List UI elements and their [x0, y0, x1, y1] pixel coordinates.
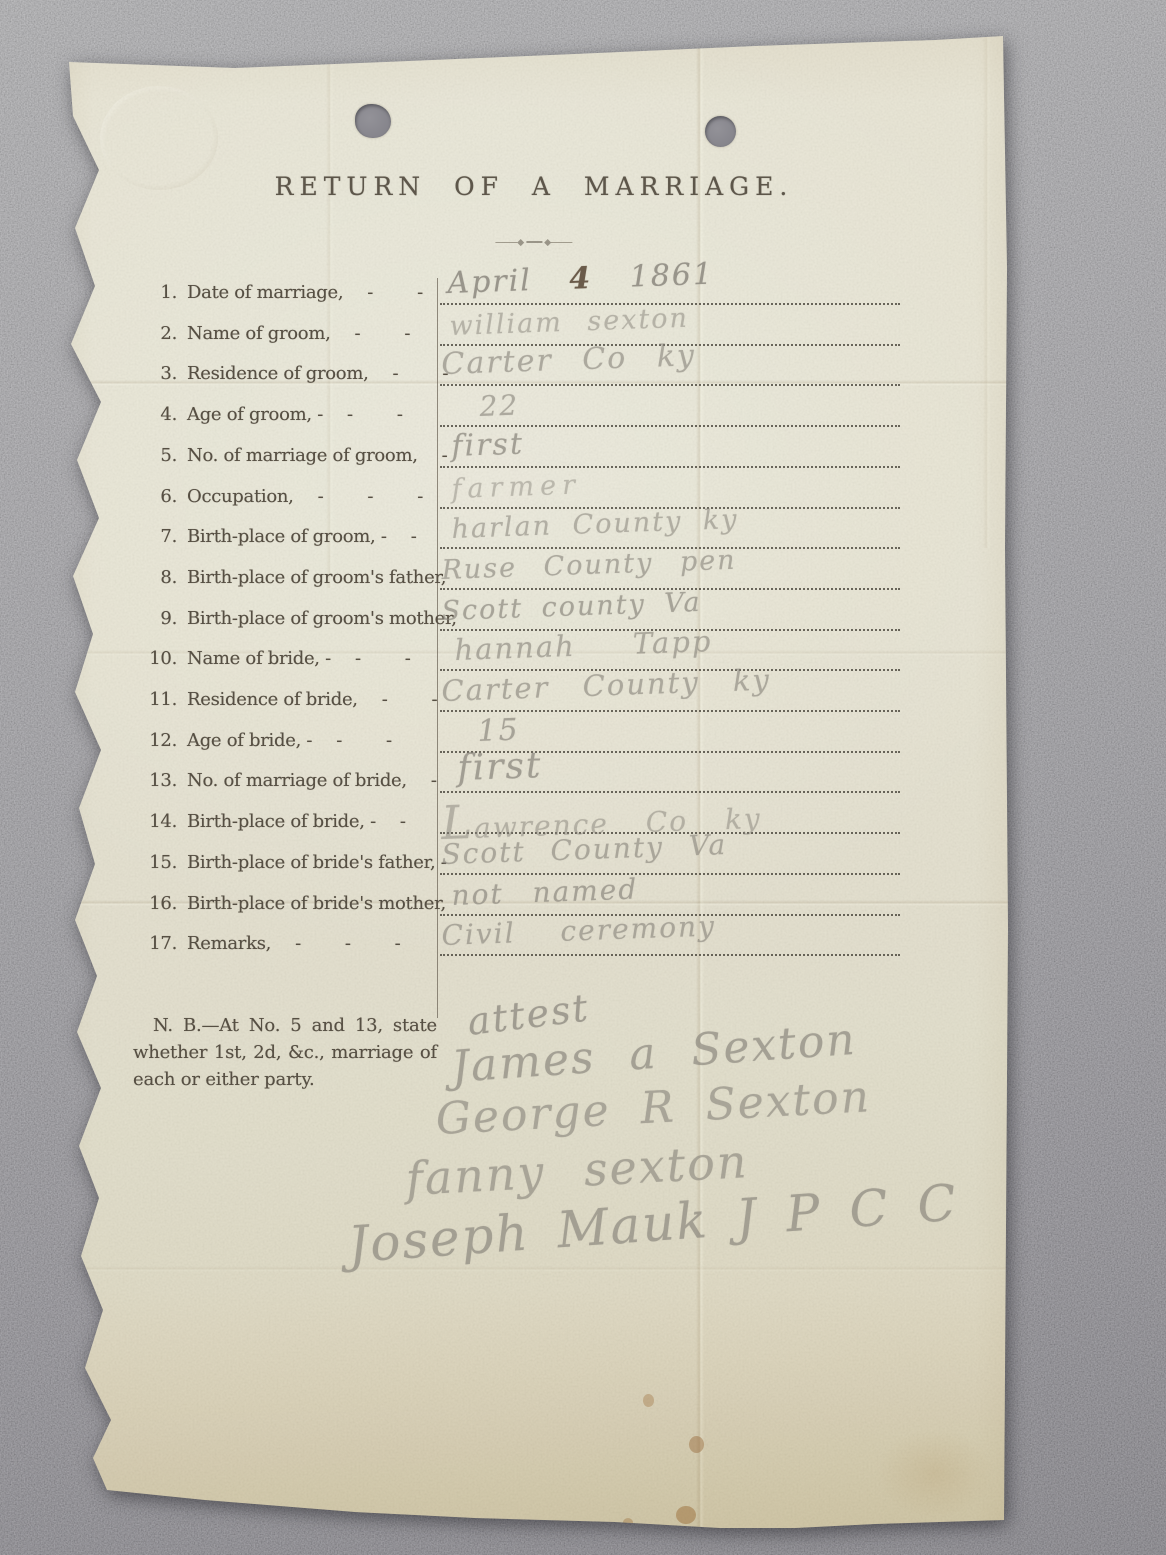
photo-scene: RETURN OF A MARRIAGE. 1.Date of marriage… [0, 0, 1166, 1555]
marriage-return-document: RETURN OF A MARRIAGE. 1.Date of marriage… [55, 28, 1013, 1528]
paper-shadow-wrap: RETURN OF A MARRIAGE. 1.Date of marriage… [55, 28, 1013, 1533]
signatures: attestJames a SextonGeorge R Sextonfanny… [55, 28, 1013, 1528]
